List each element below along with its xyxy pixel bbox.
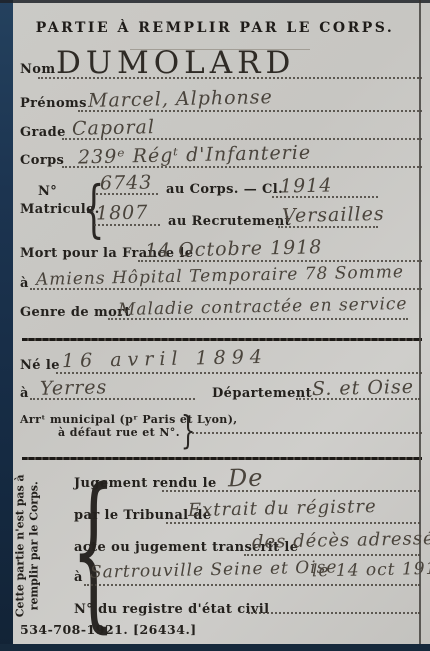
bottom-lieu-value: Sartrouville Seine et Oise bbox=[90, 557, 338, 582]
ne-lieu-dotted-line bbox=[30, 398, 195, 400]
departement-value: S. et Oise bbox=[312, 376, 414, 400]
mort-lieu-value: Amiens Hôpital Temporaire 78 Somme bbox=[36, 262, 404, 290]
page-title: PARTIE À REMPLIR PAR LE CORPS. bbox=[0, 20, 430, 36]
arrondissement-label-line1: Arrᵗ municipal (pʳ Paris et Lyon), bbox=[20, 413, 238, 426]
ne-le-value: 16 avril 1894 bbox=[62, 346, 268, 372]
tribunal-value: Extrait du régistre bbox=[188, 496, 377, 521]
side-note-rotated: Cette partie n'est pas à remplir par le … bbox=[13, 471, 41, 621]
ne-le-label: Né le bbox=[20, 358, 60, 373]
genre-mort-dotted-line bbox=[108, 318, 408, 320]
matricule-recrutement-label: au Recrutement bbox=[168, 214, 291, 229]
matricule-corps-label: au Corps. — Cl. bbox=[166, 182, 283, 197]
scan-edge-top bbox=[0, 0, 430, 3]
scan-edge-bottom bbox=[0, 644, 430, 651]
bottom-lieu-dotted-line bbox=[84, 584, 420, 586]
nom-value: DUMOLARD bbox=[56, 45, 295, 81]
ne-lieu-value: Yerres bbox=[40, 376, 108, 399]
transcrit-dotted-line bbox=[244, 554, 420, 556]
genre-mort-value: Maladie contractée en service bbox=[118, 294, 408, 320]
mort-date-value: 14 Octobre 1918 bbox=[145, 236, 323, 262]
mort-lieu-dotted-line bbox=[30, 288, 422, 290]
matricule-recrutement-shortline bbox=[94, 224, 160, 226]
nom-label: Nom bbox=[20, 62, 56, 77]
matricule-label-line1: N° bbox=[38, 184, 57, 199]
matricule-recrutement-number: 1807 bbox=[96, 201, 149, 224]
corps-label: Corps bbox=[20, 153, 64, 168]
ne-le-dotted-line bbox=[56, 372, 422, 374]
grade-dotted-line bbox=[62, 138, 422, 140]
matricule-corps-shortline bbox=[96, 193, 158, 195]
prenoms-label: Prénoms bbox=[20, 96, 87, 111]
corps-value: 239ᵉ Régᵗ d'Infanterie bbox=[78, 142, 312, 169]
ne-lieu-label: à bbox=[20, 386, 29, 401]
matricule-classe-dotted bbox=[272, 196, 378, 198]
prenoms-dotted-line bbox=[78, 110, 422, 112]
bottom-lieu-label: à bbox=[74, 570, 83, 585]
jugement-dotted-line bbox=[162, 490, 420, 492]
registre-label: N° du registre d'état civil bbox=[74, 602, 269, 617]
scan-edge-left bbox=[0, 0, 13, 651]
departement-dotted-line bbox=[296, 398, 420, 400]
bottom-lieu-date: le 14 oct 1918 bbox=[312, 559, 430, 582]
grade-label: Grade bbox=[20, 125, 66, 140]
scanned-death-record: PARTIE À REMPLIR PAR LE CORPS. Nom DUMOL… bbox=[0, 0, 430, 651]
corps-dotted-line bbox=[62, 166, 422, 168]
grade-value: Caporal bbox=[72, 116, 155, 140]
matricule-classe-value: 1914 bbox=[280, 174, 333, 197]
registre-dotted-line bbox=[248, 612, 420, 614]
transcrit-value: des décès adressé bbox=[252, 528, 430, 553]
jugement-value: De bbox=[228, 464, 264, 493]
matricule-recrutement-dotted bbox=[278, 226, 378, 228]
nom-dotted-line bbox=[38, 77, 422, 79]
jugement-label: Jugement rendu le bbox=[74, 476, 217, 491]
matricule-recrutement-place: Versailles bbox=[282, 203, 385, 227]
arrondissement-label-line2: à défaut rue et N°. bbox=[58, 426, 180, 439]
form-reference: 534-708-1921. [26434.] bbox=[20, 622, 197, 637]
section-divider-top bbox=[22, 338, 422, 341]
arrondissement-dotted-line bbox=[192, 432, 422, 434]
matricule-corps-number: 6743 bbox=[100, 171, 153, 194]
tribunal-dotted-line bbox=[166, 522, 420, 524]
mort-lieu-label: à bbox=[20, 276, 29, 291]
prenoms-value: Marcel, Alphonse bbox=[88, 86, 273, 112]
arrondissement-brace-icon: } bbox=[181, 408, 196, 452]
